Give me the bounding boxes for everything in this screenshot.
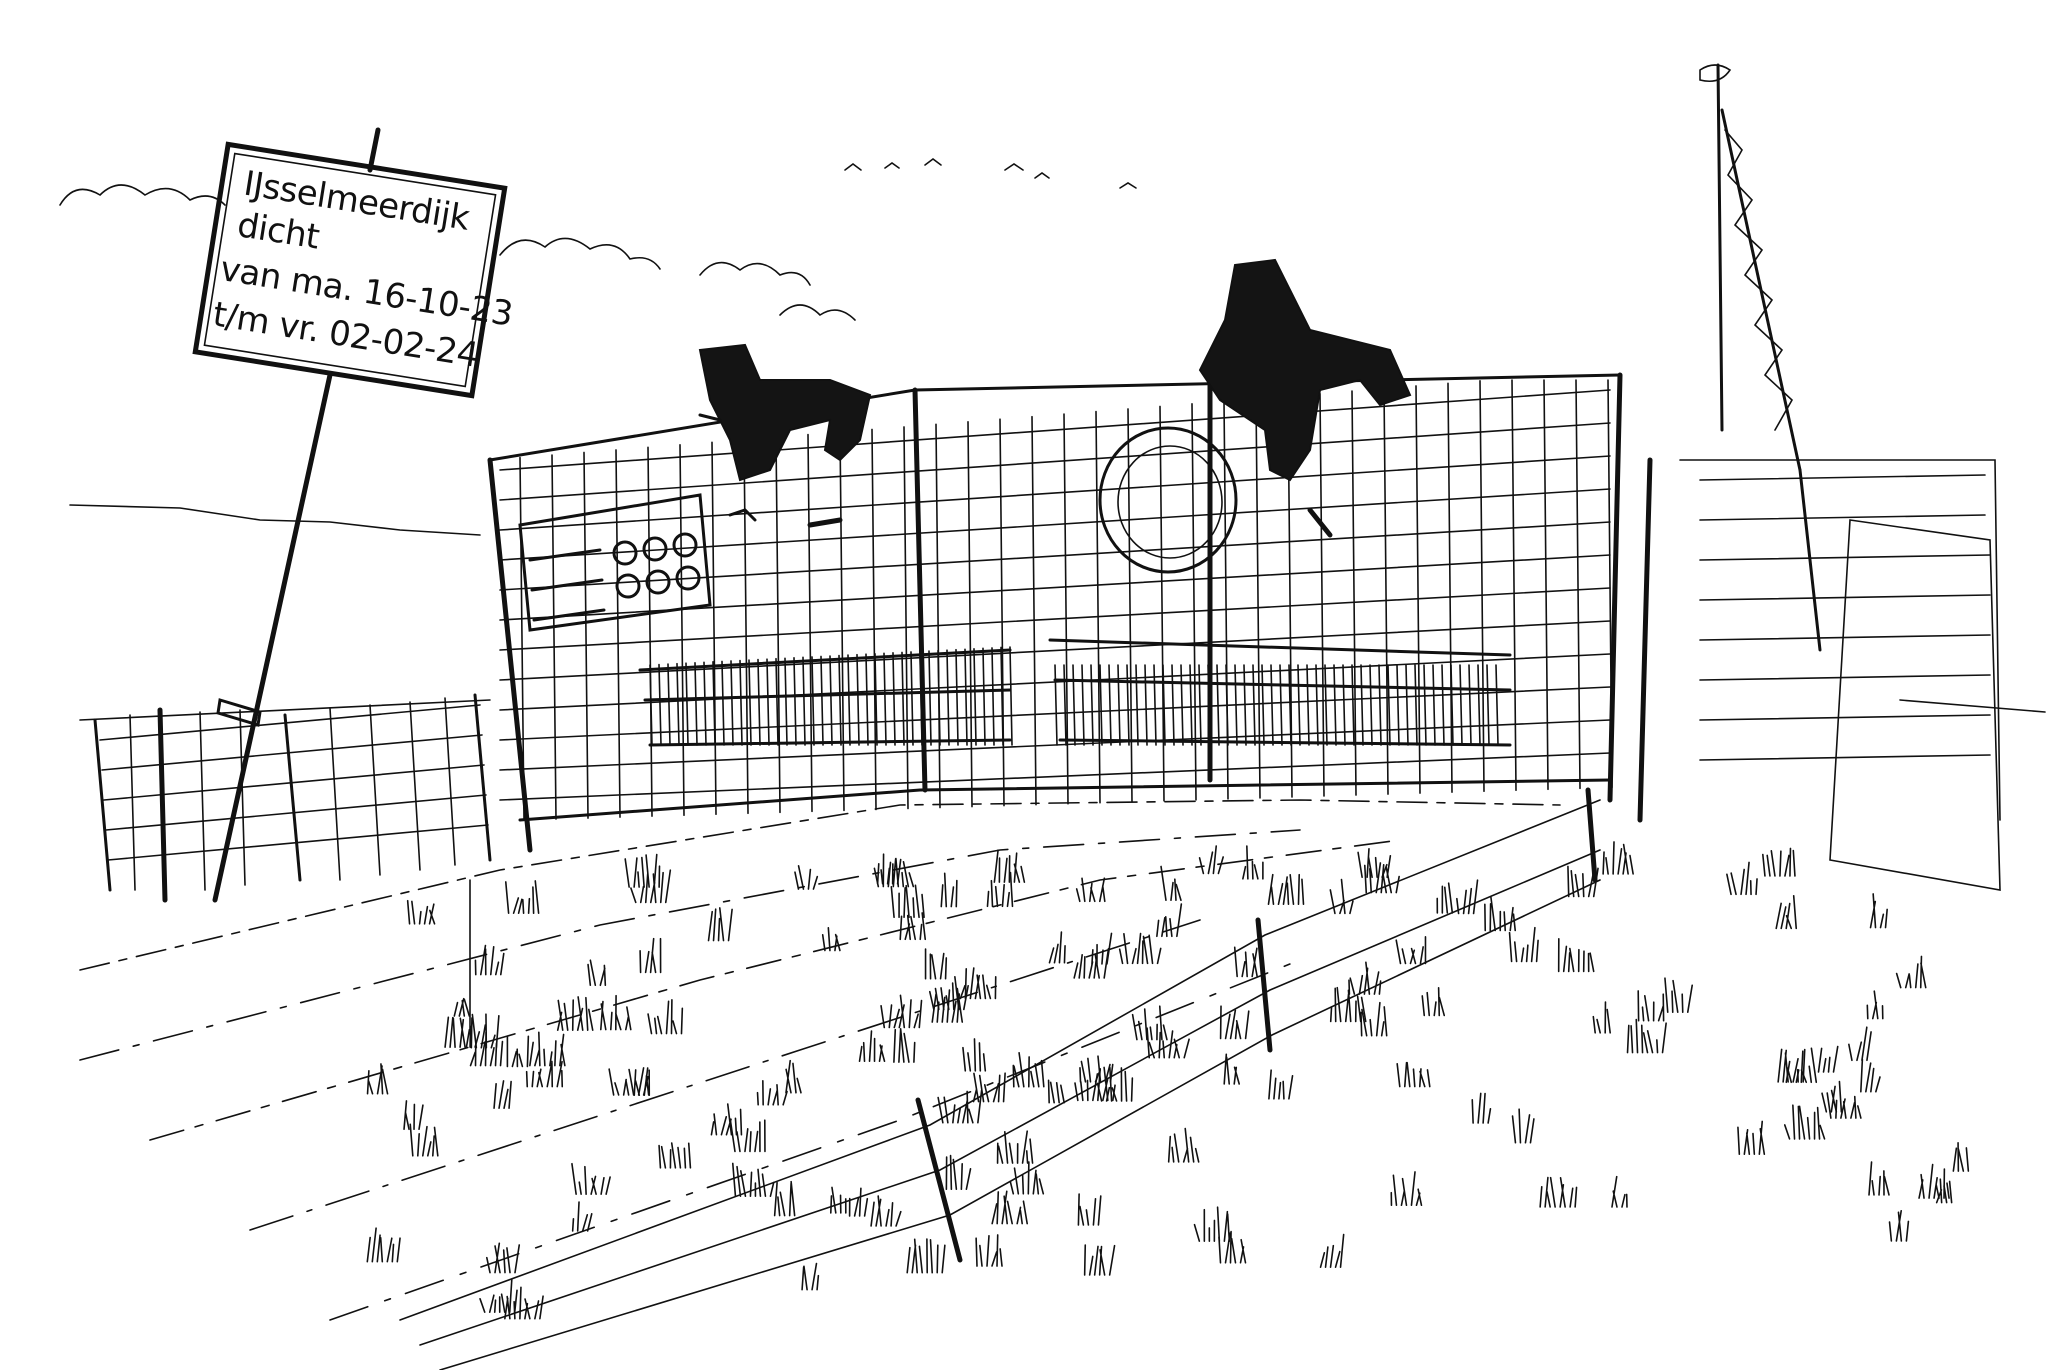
grass-tufts bbox=[367, 842, 1968, 1319]
circular-emblem bbox=[1100, 428, 1236, 572]
construction-fence bbox=[490, 375, 2000, 890]
drawing-canvas: IJsselmeerdijk dicht van ma. 16-10-23 t/… bbox=[0, 0, 2048, 1370]
horizon bbox=[70, 505, 2045, 720]
climbing-figure-right bbox=[1200, 260, 1410, 535]
lattice-crane-with-flag bbox=[1700, 65, 1820, 650]
birds bbox=[845, 159, 1136, 188]
road-closed-sign: IJsselmeerdijk dicht van ma. 16-10-23 t/… bbox=[195, 130, 531, 900]
fence-left bbox=[95, 695, 490, 900]
dike-road bbox=[80, 800, 1560, 1320]
road-barriers bbox=[640, 640, 1510, 745]
climbing-figure-left bbox=[700, 345, 870, 525]
